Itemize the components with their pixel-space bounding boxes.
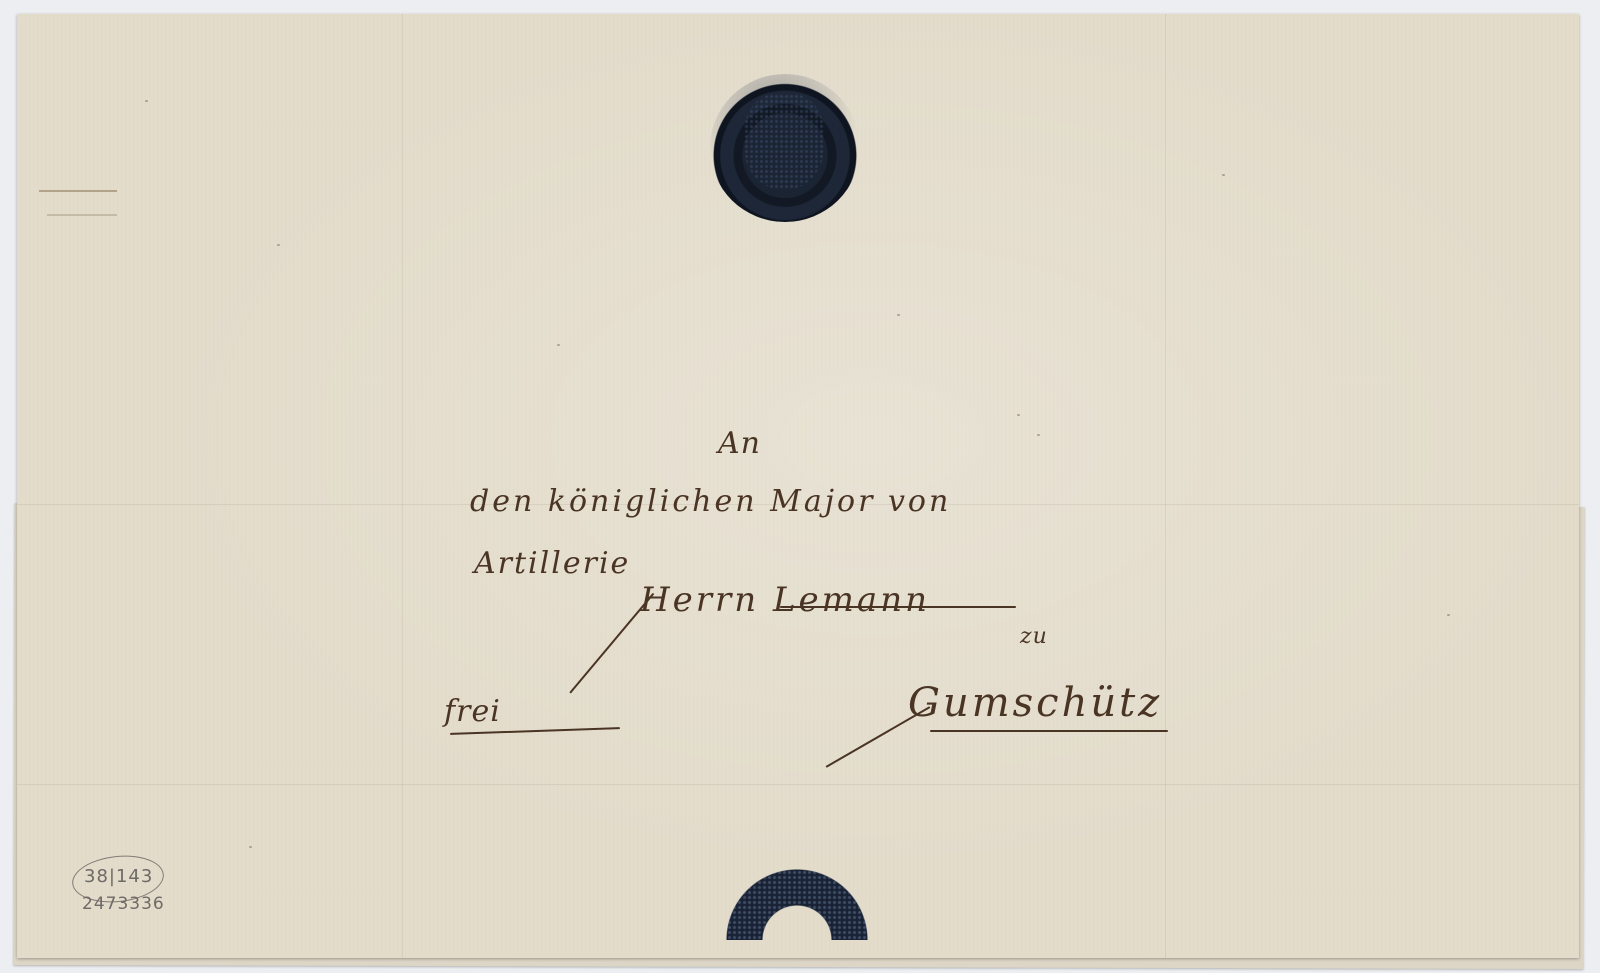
place-underline (930, 730, 1168, 732)
fold-line (1165, 14, 1166, 958)
frei-note: frei (444, 694, 501, 729)
address-line-an: An (718, 426, 761, 461)
archive-inventory-number: 2473336 (82, 894, 165, 914)
name-underline (780, 606, 1016, 608)
address-line-branch: Artillerie (474, 546, 630, 581)
wax-seal-top (710, 74, 860, 222)
fold-line (402, 14, 403, 958)
address-line-place: Gumschütz (908, 680, 1162, 726)
archive-circled-number: 38|143 (84, 866, 153, 887)
address-line-zu: zu (1020, 624, 1048, 649)
address-line-title: den königlichen Major von (470, 484, 951, 519)
address-line-name: Herrn Lemann (640, 580, 930, 620)
fold-line (17, 784, 1579, 785)
edge-ink-mark (47, 214, 117, 216)
edge-ink-mark (39, 190, 117, 192)
